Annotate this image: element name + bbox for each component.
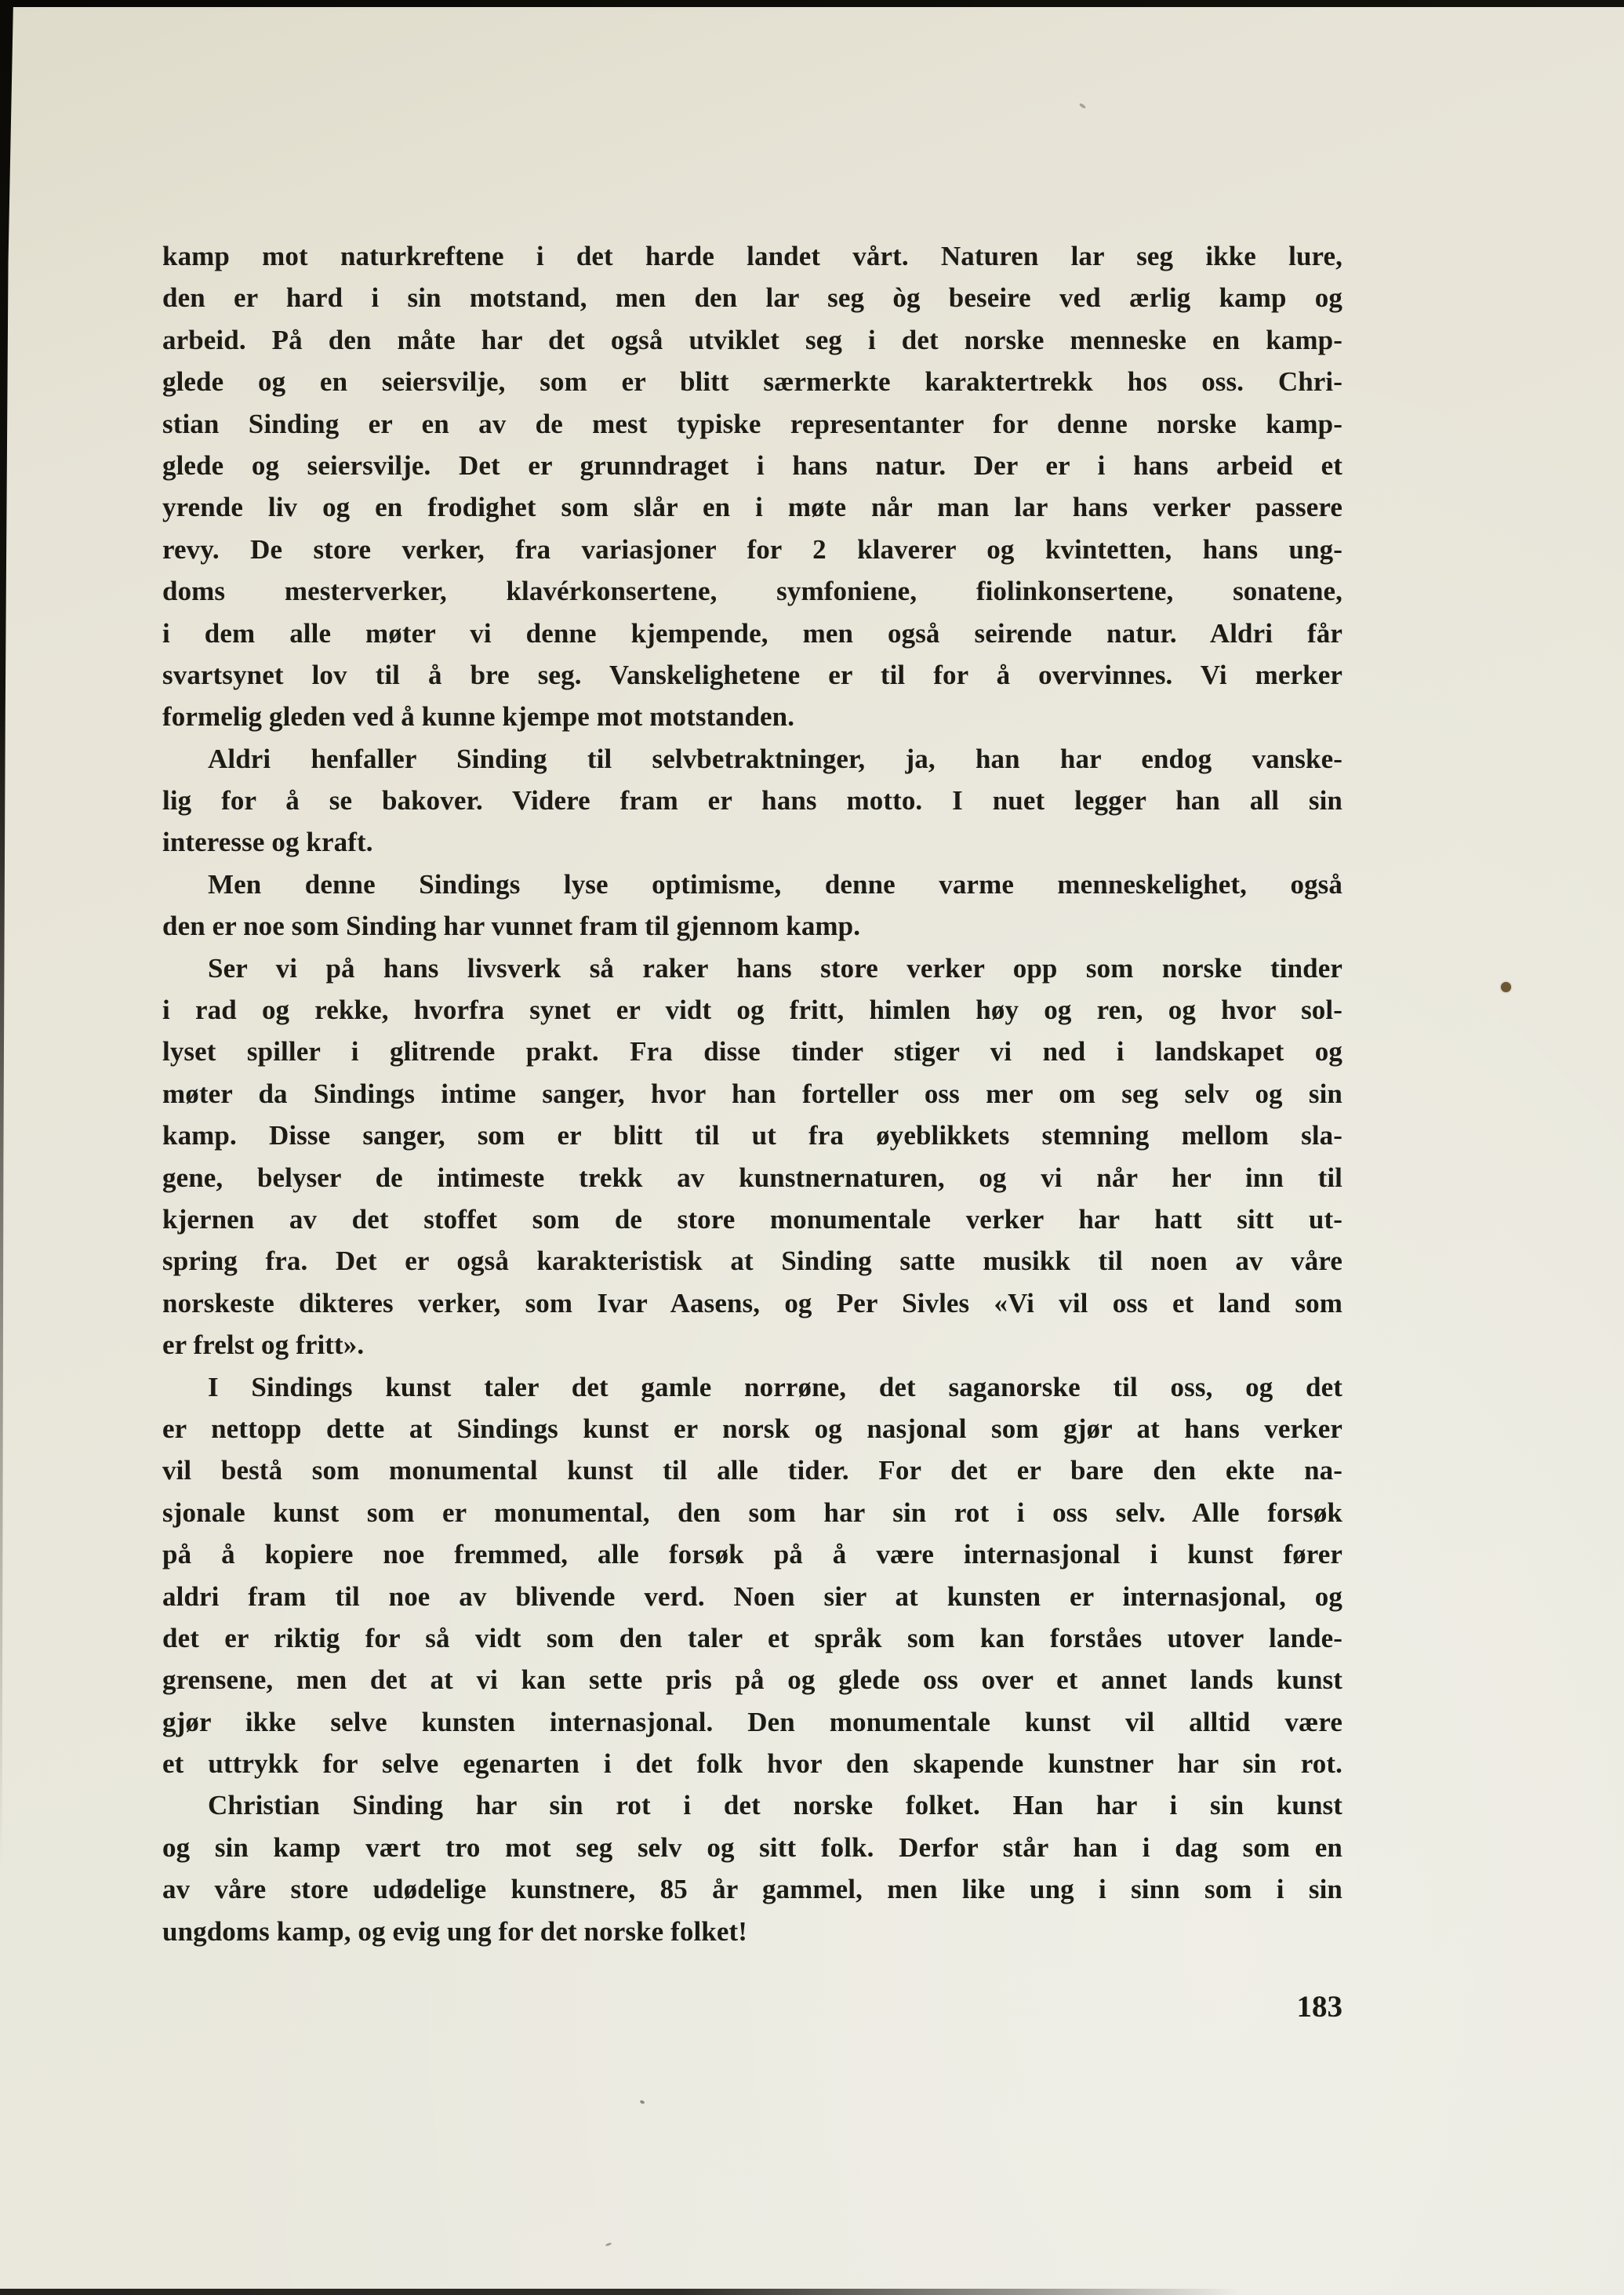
text-line: kjernen av det stoffet som de store monu… bbox=[162, 1198, 1342, 1240]
text-line: er frelst og fritt». bbox=[162, 1324, 1342, 1366]
text-line: spring fra. Det er også karakteristisk a… bbox=[162, 1240, 1342, 1282]
paper-speck bbox=[605, 2242, 612, 2247]
text-line: på å kopiere noe fremmed, alle forsøk på… bbox=[162, 1533, 1342, 1575]
body-text: kamp mot naturkreftene i det harde lande… bbox=[162, 235, 1342, 1952]
book-page: kamp mot naturkreftene i det harde lande… bbox=[0, 0, 1624, 2295]
text-line: ungdoms kamp, og evig ung for det norske… bbox=[162, 1911, 1342, 1952]
text-line: Christian Sinding har sin rot i det nors… bbox=[162, 1784, 1342, 1826]
text-line: vil bestå som monumental kunst til alle … bbox=[162, 1449, 1342, 1491]
text-line: gjør ikke selve kunsten internasjonal. D… bbox=[162, 1701, 1342, 1743]
text-line: den er hard i sin motstand, men den lar … bbox=[162, 277, 1342, 318]
text-line: norskeste dikteres verker, som Ivar Aase… bbox=[162, 1282, 1342, 1324]
text-line: sjonale kunst som er monumental, den som… bbox=[162, 1492, 1342, 1533]
scan-edge-left bbox=[0, 0, 13, 1867]
text-line: møter da Sindings intime sanger, hvor ha… bbox=[162, 1073, 1342, 1115]
text-line: er nettopp dette at Sindings kunst er no… bbox=[162, 1408, 1342, 1449]
scan-edge-top bbox=[0, 0, 1624, 7]
text-line: den er noe som Sinding har vunnet fram t… bbox=[162, 905, 1342, 947]
text-line: og sin kamp vært tro mot seg selv og sit… bbox=[162, 1827, 1342, 1868]
paper-speck bbox=[1079, 103, 1087, 109]
text-line: doms mesterverker, klavérkonsertene, sym… bbox=[162, 570, 1342, 612]
page-number: 183 bbox=[1255, 1989, 1342, 2024]
text-line: glede og seiersvilje. Det er grunndraget… bbox=[162, 445, 1342, 486]
text-line: interesse og kraft. bbox=[162, 821, 1342, 863]
paper-speck bbox=[1501, 982, 1511, 992]
text-line: lyset spiller i glitrende prakt. Fra dis… bbox=[162, 1031, 1342, 1072]
text-line: I Sindings kunst taler det gamle norrøne… bbox=[162, 1366, 1342, 1408]
text-line: yrende liv og en frodighet som slår en i… bbox=[162, 486, 1342, 528]
text-line: av våre store udødelige kunstnere, 85 år… bbox=[162, 1868, 1342, 1910]
text-line: aldri fram til noe av blivende verd. Noe… bbox=[162, 1576, 1342, 1617]
text-line: grensene, men det at vi kan sette pris p… bbox=[162, 1659, 1342, 1700]
text-line: et uttrykk for selve egenarten i det fol… bbox=[162, 1743, 1342, 1784]
text-line: i dem alle møter vi denne kjempende, men… bbox=[162, 613, 1342, 654]
text-line: revy. De store verker, fra variasjoner f… bbox=[162, 529, 1342, 570]
paper-speck bbox=[639, 2100, 645, 2104]
text-line: lig for å se bakover. Videre fram er han… bbox=[162, 780, 1342, 821]
text-line: det er riktig for så vidt som den taler … bbox=[162, 1617, 1342, 1659]
text-line: gene, belyser de intimeste trekk av kuns… bbox=[162, 1157, 1342, 1198]
text-line: Aldri henfaller Sinding til selvbetraktn… bbox=[162, 738, 1342, 780]
text-line: kamp. Disse sanger, som er blitt til ut … bbox=[162, 1115, 1342, 1156]
text-line: glede og en seiersvilje, som er blitt sæ… bbox=[162, 361, 1342, 402]
text-line: i rad og rekke, hvorfra synet er vidt og… bbox=[162, 989, 1342, 1031]
text-line: arbeid. På den måte har det også utvikle… bbox=[162, 319, 1342, 361]
text-line: Men denne Sindings lyse optimisme, denne… bbox=[162, 864, 1342, 905]
text-line: kamp mot naturkreftene i det harde lande… bbox=[162, 235, 1342, 277]
text-line: Ser vi på hans livsverk så raker hans st… bbox=[162, 947, 1342, 989]
scan-edge-bottom bbox=[0, 2289, 1239, 2295]
text-line: stian Sinding er en av de mest typiske r… bbox=[162, 403, 1342, 445]
text-line: svartsynet lov til å bre seg. Vanskeligh… bbox=[162, 654, 1342, 696]
text-line: formelig gleden ved å kunne kjempe mot m… bbox=[162, 696, 1342, 737]
